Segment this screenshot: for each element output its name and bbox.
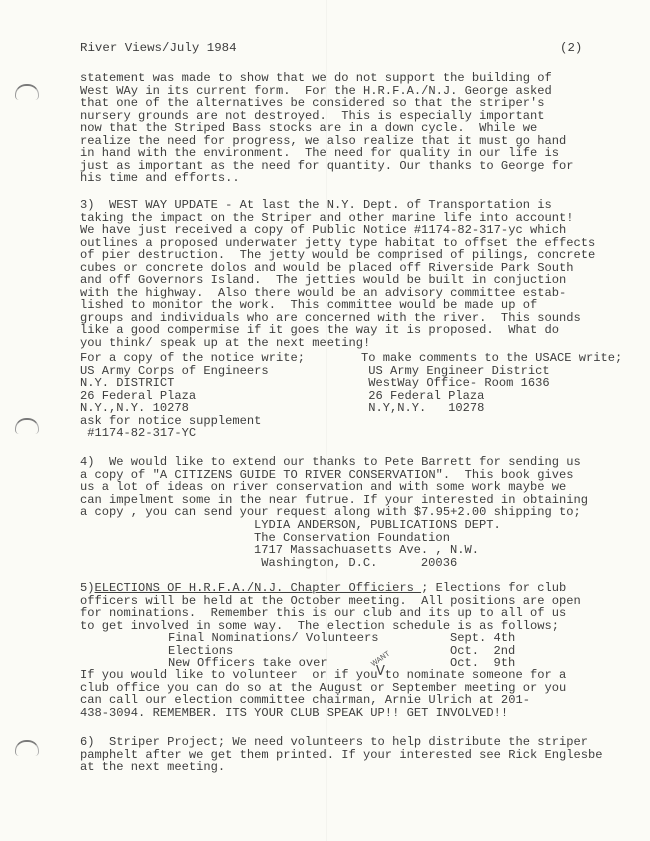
hole-punch-mark bbox=[15, 418, 39, 434]
address-line: #1174-82-317-YC bbox=[80, 427, 305, 440]
text-line: statement was made to show that we do no… bbox=[80, 72, 574, 85]
text-line: and off Governors Island. The jetties wo… bbox=[80, 274, 595, 287]
text-line: 4) We would like to extend our thanks to… bbox=[80, 456, 588, 469]
text-line: now that the Striped Bass stocks are in … bbox=[80, 122, 574, 135]
section-elections: 5)ELECTIONS OF H.R.F.A./N.J. Chapter Off… bbox=[80, 582, 581, 632]
address-line: To make comments to the USACE write; bbox=[361, 352, 622, 365]
election-schedule-dates: Sept. 4th Oct. 2nd Oct. 9th bbox=[450, 632, 515, 670]
text-line: you think/ speak up at the next meeting! bbox=[80, 337, 595, 350]
usace-comments-address: To make comments to the USACE write; US … bbox=[361, 352, 622, 415]
address-line: N.Y.,N.Y. 10278 bbox=[80, 402, 305, 415]
address-line: For a copy of the notice write; bbox=[80, 352, 305, 365]
address-line: N.Y. DISTRICT bbox=[80, 377, 305, 390]
page-number: (2) bbox=[560, 42, 582, 55]
text-line: lished to monitor the work. This committ… bbox=[80, 299, 595, 312]
section-number: 5) bbox=[80, 581, 95, 595]
hole-punch-mark bbox=[15, 84, 39, 100]
address-line: 1717 Massachuasetts Ave. , N.W. bbox=[254, 544, 501, 557]
document-page: River Views/July 1984 (2) statement was … bbox=[0, 0, 650, 841]
schedule-event: Final Nominations/ Volunteers bbox=[168, 632, 378, 645]
newsletter-title: River Views/July 1984 bbox=[80, 42, 237, 55]
text-line: If you would like to volunteer or if you… bbox=[80, 669, 566, 682]
address-line: N.Y,N.Y. 10278 bbox=[361, 402, 622, 415]
section-heading: ELECTIONS OF H.R.F.A./N.J. Chapter Offic… bbox=[95, 581, 422, 595]
address-line: WestWay Office- Room 1636 bbox=[361, 377, 622, 390]
publications-address: LYDIA ANDERSON, PUBLICATIONS DEPT. The C… bbox=[254, 519, 501, 569]
election-schedule-events: Final Nominations/ Volunteers Elections … bbox=[168, 632, 378, 670]
hole-punch-mark bbox=[15, 740, 39, 756]
text-line: his time and efforts.. bbox=[80, 172, 574, 185]
section-river-conservation-guide: 4) We would like to extend our thanks to… bbox=[80, 456, 588, 519]
elections-closing: If you would like to volunteer or if you… bbox=[80, 669, 566, 719]
text-line: a copy , you can send your request along… bbox=[80, 506, 588, 519]
text-line: like a good compermise if it goes the wa… bbox=[80, 324, 595, 337]
heading-tail: ; Elections for club bbox=[421, 581, 566, 595]
text-line: of pier destruction. The jetty would be … bbox=[80, 249, 595, 262]
text-line: that one of the alternatives be consider… bbox=[80, 97, 574, 110]
text-line: at the next meeting. bbox=[80, 761, 603, 774]
text-line: 3) WEST WAY UPDATE - At last the N.Y. De… bbox=[80, 199, 595, 212]
text-line: for nominations. Remember this is our cl… bbox=[80, 607, 581, 620]
address-line: LYDIA ANDERSON, PUBLICATIONS DEPT. bbox=[254, 519, 501, 532]
section-west-way-update: 3) WEST WAY UPDATE - At last the N.Y. De… bbox=[80, 199, 595, 349]
address-line: Washington, D.C. 20036 bbox=[254, 557, 501, 570]
notice-copy-address: For a copy of the notice write; US Army … bbox=[80, 352, 305, 440]
section-striper-project: 6) Striper Project; We need volunteers t… bbox=[80, 736, 603, 774]
schedule-date: Sept. 4th bbox=[450, 632, 515, 645]
intro-paragraph: statement was made to show that we do no… bbox=[80, 72, 574, 185]
text-line: can call our election committee chairman… bbox=[80, 694, 566, 707]
text-line: We have just received a copy of Public N… bbox=[80, 224, 595, 237]
text-line: 438-3094. REMEMBER. ITS YOUR CLUB SPEAK … bbox=[80, 707, 566, 720]
text-line: 6) Striper Project; We need volunteers t… bbox=[80, 736, 603, 749]
section-heading-line: 5)ELECTIONS OF H.R.F.A./N.J. Chapter Off… bbox=[80, 582, 581, 595]
text-line: in hand with the environment. The need f… bbox=[80, 147, 574, 160]
text-line: us a lot of ideas on river conservation … bbox=[80, 481, 588, 494]
